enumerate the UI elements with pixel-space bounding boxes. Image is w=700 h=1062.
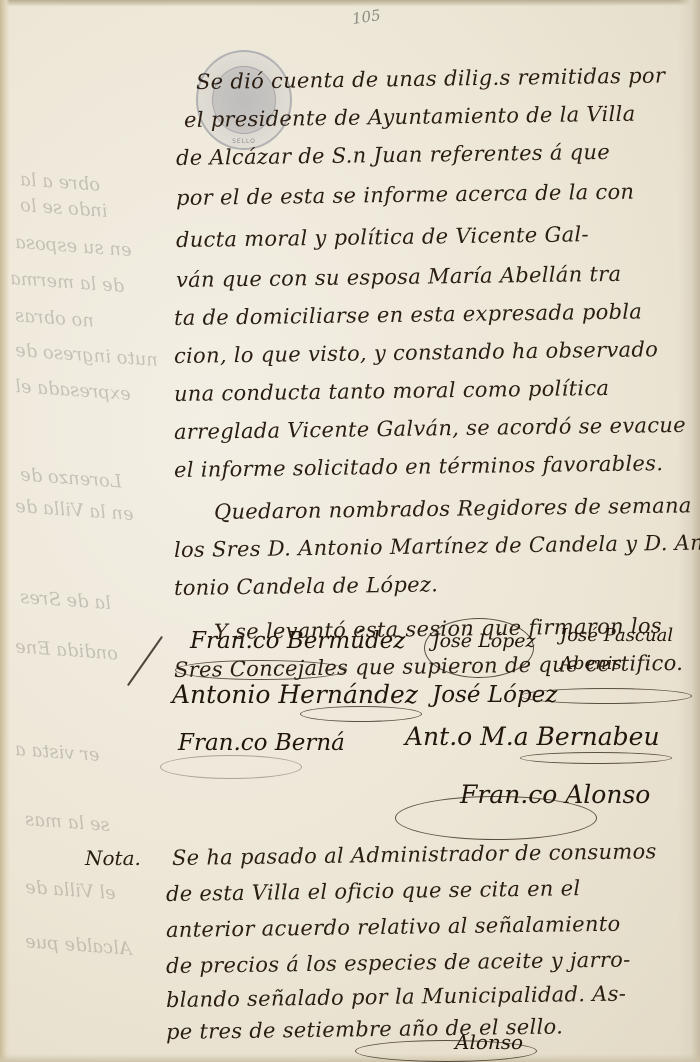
page-bottom-edge bbox=[0, 1054, 700, 1062]
rubric-stroke bbox=[127, 636, 163, 686]
body-line: arreglada Vicente Galván, se acordó se e… bbox=[174, 413, 686, 444]
bleed-line: ondida Ene bbox=[14, 636, 118, 664]
body-line: los Sres D. Antonio Martínez de Candela … bbox=[174, 530, 700, 562]
bleed-line: Lorenzo de bbox=[19, 464, 122, 492]
bleed-line: el Villa de bbox=[24, 877, 116, 904]
note-line: Se ha pasado al Administrador de consumo… bbox=[172, 839, 657, 870]
body-line: ducta moral y política de Vicente Gal- bbox=[176, 222, 589, 252]
body-line: de Alcázar de S.n Juan referentes á que bbox=[176, 140, 610, 170]
bleed-line: en su esposa bbox=[14, 232, 132, 261]
bleed-line: obre a la bbox=[19, 169, 101, 196]
body-line: el informe solicitado en términos favora… bbox=[174, 451, 664, 482]
bleed-line: la de Sres bbox=[19, 587, 111, 614]
bleed-line: nuto ingreso de bbox=[14, 340, 158, 371]
signature: Fran.co Berná bbox=[178, 730, 345, 756]
manuscript-page: obre a la indo se lo en su esposa de la … bbox=[0, 0, 700, 1062]
bleed-line: Alcalde pue bbox=[24, 931, 132, 959]
body-line: Se dió cuenta de unas dilig.s remitidas … bbox=[196, 63, 666, 94]
signature: José López bbox=[432, 630, 536, 652]
page-left-edge bbox=[0, 0, 10, 1062]
signature: José Pascual Abenis bbox=[560, 622, 680, 678]
signature-flourish bbox=[160, 755, 302, 779]
note-line: de esta Villa el oficio que se cita en e… bbox=[166, 876, 581, 906]
body-line: por el de esta se informe acerca de la c… bbox=[176, 180, 635, 210]
body-line: una conducta tanto moral como política bbox=[174, 376, 610, 406]
signature: Fran.co Alonso bbox=[460, 780, 650, 809]
signature: Fran.co Bermúdez bbox=[190, 628, 405, 654]
bleed-line: en la Villa de bbox=[14, 496, 134, 525]
bleed-line: se la mas bbox=[24, 809, 110, 836]
note-margin-label: Nota. bbox=[85, 846, 141, 870]
body-line: Quedaron nombrados Regidores de semana bbox=[214, 493, 692, 524]
body-line: ta de domiciliarse en esta expresada pob… bbox=[174, 299, 642, 330]
folio-number: 105 bbox=[351, 6, 382, 28]
official-seal-stamp: SELLO bbox=[196, 50, 292, 150]
bleed-line: no obras bbox=[14, 305, 94, 331]
body-line: cion, lo que visto, y constando ha obser… bbox=[174, 337, 658, 368]
signature: Ant.o M.a Bernabeu bbox=[405, 722, 660, 751]
note-line: blando señalado por la Municipalidad. As… bbox=[166, 982, 626, 1012]
bleed-line: indo se lo bbox=[19, 195, 108, 222]
signature-flourish bbox=[520, 752, 672, 764]
bleed-line: er vista a bbox=[14, 739, 100, 766]
note-line: anterior acuerdo relativo al señalamient… bbox=[166, 912, 621, 942]
page-top-edge bbox=[0, 0, 700, 6]
note-line: de precios á los especies de aceite y ja… bbox=[166, 948, 631, 978]
note-signature: Alonso bbox=[455, 1030, 523, 1054]
signature: José López bbox=[432, 682, 557, 708]
signature: Antonio Hernández bbox=[172, 680, 418, 709]
body-line: tonio Candela de López. bbox=[174, 572, 438, 600]
bleed-line: expresada el bbox=[14, 376, 131, 405]
body-line: ván que con su esposa María Abellán tra bbox=[176, 262, 622, 292]
bleed-line: de la merma bbox=[9, 268, 124, 297]
body-line: el presidente de Ayuntamiento de la Vill… bbox=[184, 102, 636, 132]
